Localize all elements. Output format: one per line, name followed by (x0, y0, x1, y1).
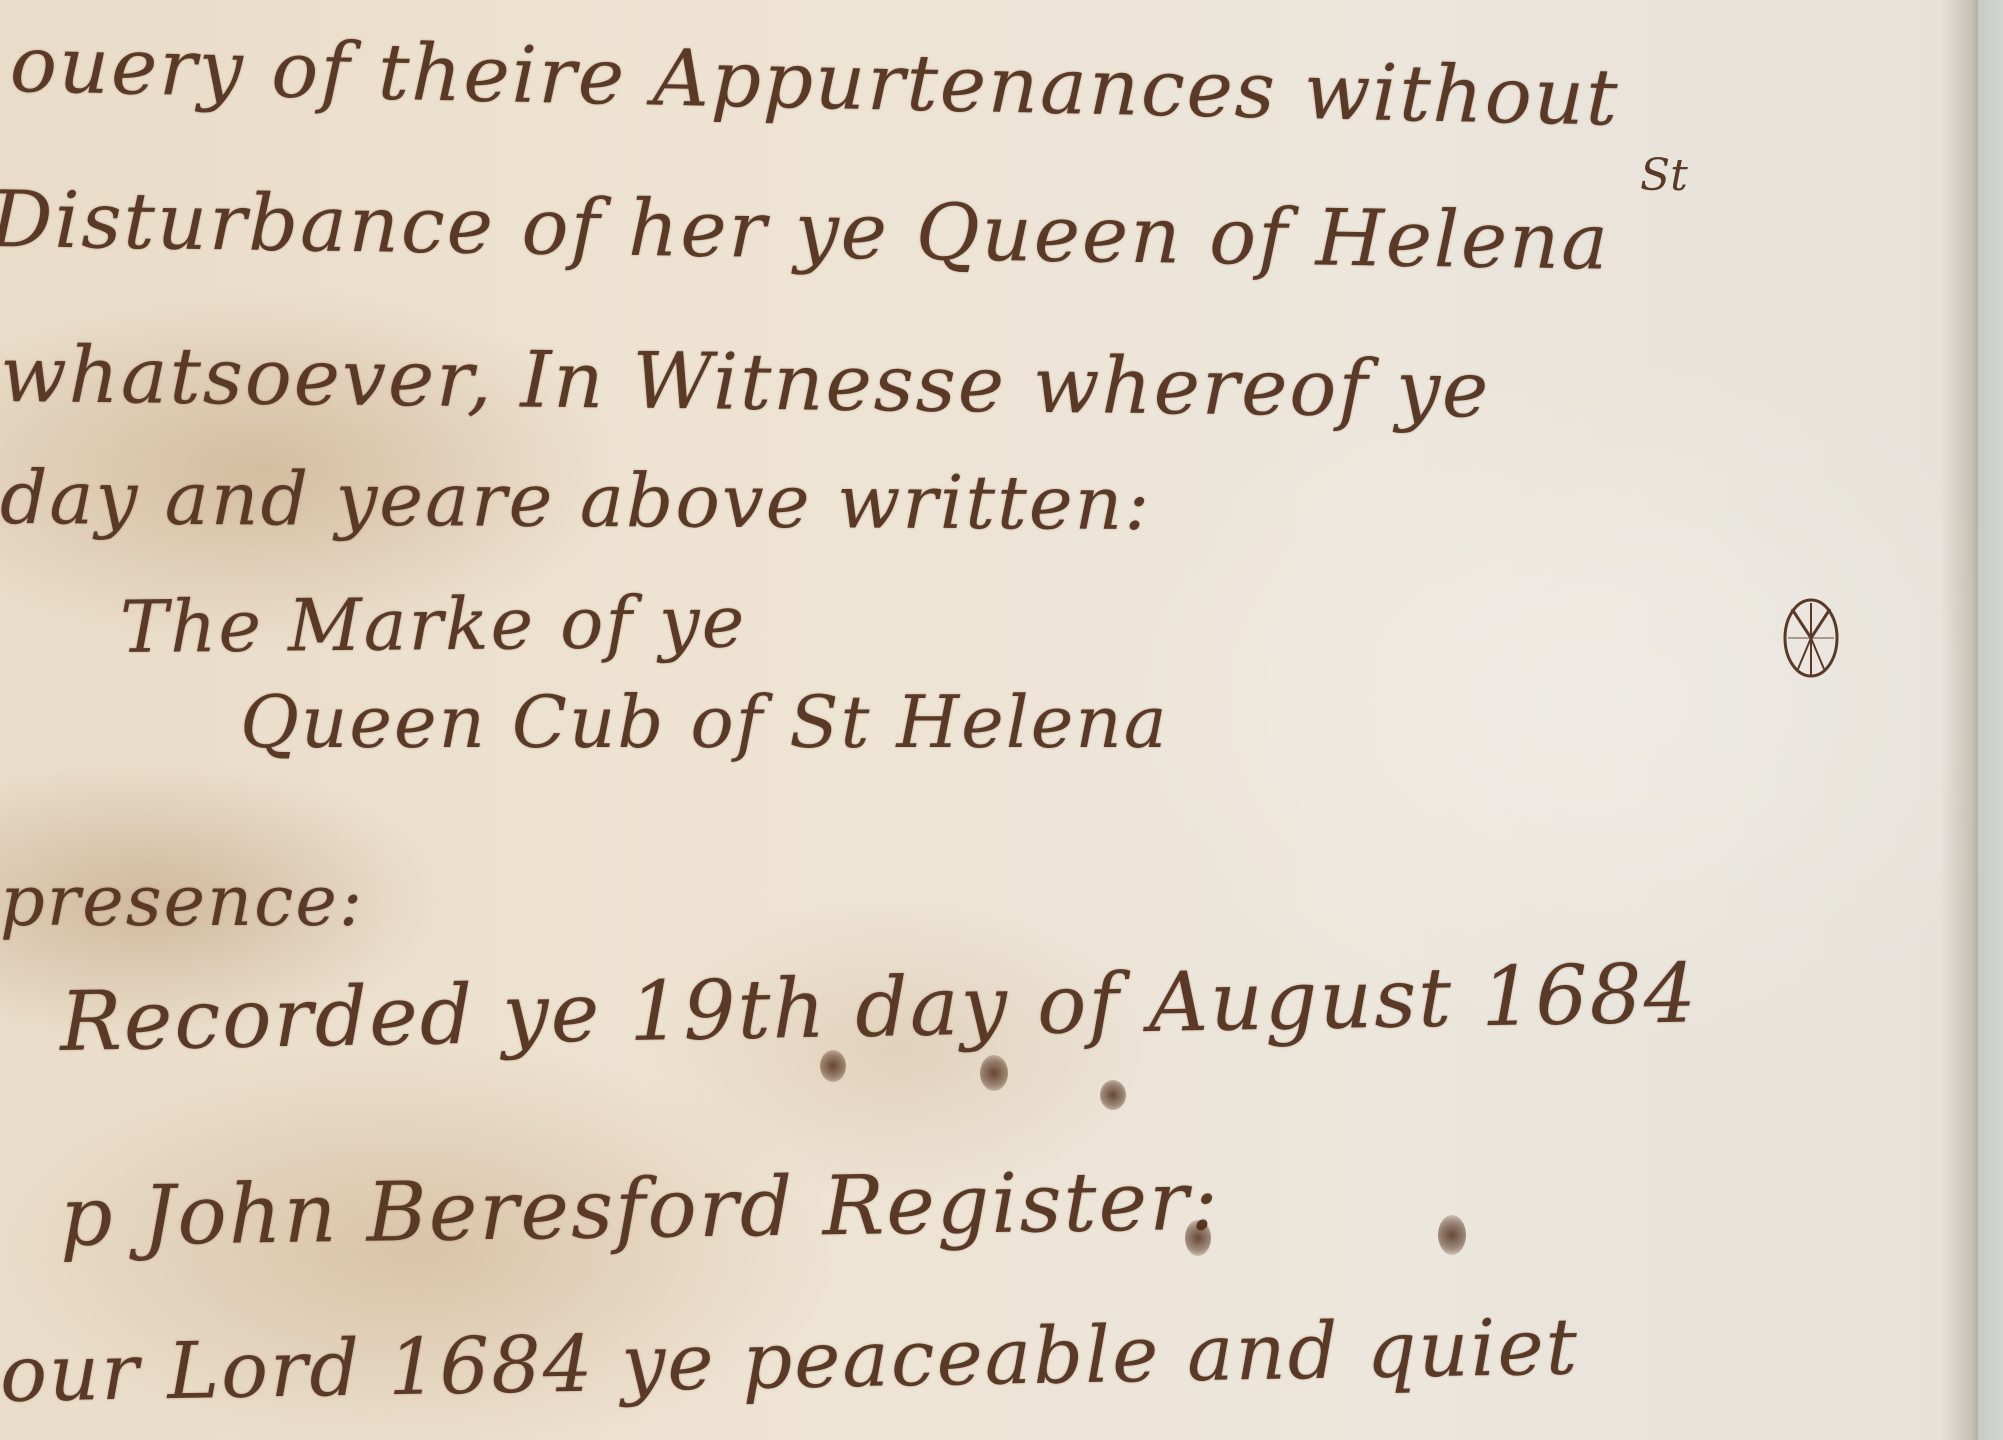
recorded-date-line: Recorded ye 19th day of August 1684 (59, 946, 1699, 1070)
manuscript-line-bottom: our Lord 1684 ye peaceable and quiet (0, 1302, 1580, 1420)
manuscript-line-presence: presence: (0, 860, 364, 942)
wheel-mark-icon (1780, 595, 1842, 681)
manuscript-page: ouery of theire Appurtenances without St… (0, 0, 1978, 1440)
manuscript-line-4: day and yeare above written: (0, 455, 1152, 547)
manuscript-line-3: whatsoever, In Witnesse whereof ye (0, 330, 1491, 436)
ink-blot (980, 1055, 1008, 1091)
manuscript-line-2: Disturbance of her ye Queen of Helena (0, 175, 1610, 288)
registrar-signature-line: p John Beresford Register: (59, 1154, 1220, 1265)
ink-blot (820, 1050, 846, 1082)
manuscript-line-1: ouery of theire Appurtenances without (9, 20, 1620, 144)
ink-blot (1438, 1215, 1466, 1255)
interlinear-st: St (1640, 150, 1688, 201)
ink-blot (1185, 1220, 1211, 1256)
background-surface (1978, 0, 2003, 1440)
page-edge-shadow (1940, 0, 1978, 1440)
ink-blot (1100, 1080, 1126, 1110)
mark-caption-line-2: Queen Cub of St Helena (240, 680, 1169, 764)
mark-caption-line-1: The Marke of ye (120, 580, 747, 669)
